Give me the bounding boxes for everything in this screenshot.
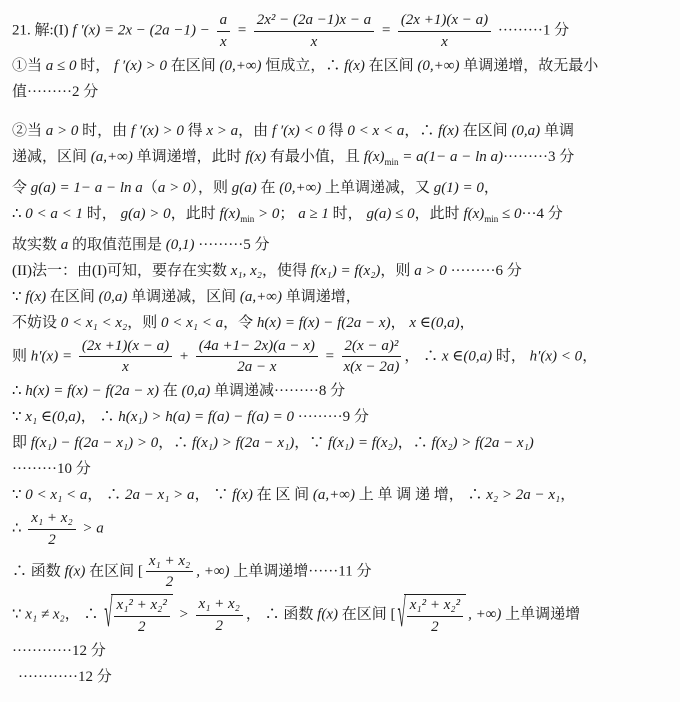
- solution-line-20: ∵ x₁ ≠ x₂， ∴ √x₁² + x₂²2 > x₁ + x₂2， ∴ 函…: [12, 593, 672, 638]
- subscript-base: f(x): [463, 206, 484, 222]
- text-run: ·········3 分: [503, 149, 574, 165]
- math-run: = a(1− a − ln a): [399, 149, 504, 165]
- math-run: (0,+∞): [417, 58, 459, 74]
- subscript-label: min: [240, 214, 254, 224]
- math-run: h(x) = f(x) − f(2a − x): [257, 315, 391, 331]
- math-run: h′(x) < 0: [530, 348, 583, 364]
- text-run: 时，由: [78, 123, 131, 139]
- math-run: x₁, x₂: [231, 263, 262, 279]
- text-run: ，∴: [158, 435, 192, 451]
- math-run: a > 0: [46, 123, 79, 139]
- text-run: 递减，区间: [12, 149, 91, 165]
- text-run: ），则: [190, 180, 231, 196]
- solution-line-1: 21. 解:(I) f ′(x) = 2x − (2a −1) − ax = 2…: [12, 10, 672, 53]
- math-run: g(a) > 0: [121, 206, 171, 222]
- text-run: 得: [184, 123, 207, 139]
- fraction-numerator: (4a +1− 2x)(a − x): [196, 337, 318, 358]
- math-run: (0,a): [181, 383, 210, 399]
- math-run: a ≥ 1: [298, 206, 329, 222]
- fraction-denominator: x: [217, 32, 231, 52]
- math-run: (0,+∞): [220, 58, 262, 74]
- fraction: ax: [217, 11, 231, 52]
- text-run: 时，: [329, 206, 367, 222]
- radicand: x₁² + x₂²2: [111, 594, 173, 637]
- math-run: =: [377, 23, 395, 39]
- radical-sign-icon: √: [104, 580, 112, 650]
- text-run: (II)法一：由(I)可知，要存在实数: [12, 263, 231, 279]
- text-run: ·········1 分: [494, 23, 569, 39]
- text-run: 在区间 [: [85, 563, 143, 579]
- text-run: 在: [257, 180, 280, 196]
- math-run: g(1) = 0: [434, 180, 484, 196]
- math-run: 0 < x₁ < a: [161, 315, 223, 331]
- math-run: f(x): [245, 149, 266, 165]
- text-run: ，使得: [262, 263, 311, 279]
- math-run: f(x): [438, 123, 459, 139]
- solution-line-9: (II)法一：由(I)可知，要存在实数 x₁, x₂，使得 f(x₁) = f(…: [12, 258, 672, 284]
- text-run: 21. 解:(I): [12, 23, 72, 39]
- text-run: ，: [560, 487, 575, 503]
- text-run: 得: [325, 123, 348, 139]
- fraction-numerator: x₁² + x₂²: [114, 596, 170, 617]
- solution-line-14: ∵ x₁ ∈(0,a)， ∴ h(x₁) > h(a) = f(a) − f(a…: [12, 404, 672, 430]
- text-run: ，此时: [415, 206, 464, 222]
- text-run: ∴: [12, 521, 25, 537]
- text-run: ·········6 分: [447, 263, 522, 279]
- fraction: 2(x − a)²x(x − 2a): [342, 337, 402, 378]
- fraction-numerator: x₁ + x₂: [28, 509, 75, 530]
- fraction-denominator: x(x − 2a): [342, 357, 402, 377]
- text-run: 的取值范围是: [68, 237, 166, 253]
- text-run: ，∴: [398, 435, 432, 451]
- text-run: ∵: [12, 607, 25, 623]
- math-run: 0 < a < 1: [25, 206, 83, 222]
- text-run: ， ∴: [65, 607, 103, 623]
- math-run: (0,1): [166, 237, 195, 253]
- text-run: ∵: [12, 409, 25, 425]
- text-run: 时，: [492, 348, 530, 364]
- text-run: ，令: [223, 315, 257, 331]
- fraction: x₁² + x₂²2: [407, 596, 463, 637]
- text-run: ， ∵: [195, 487, 233, 503]
- math-run: g(a) ≤ 0: [366, 206, 414, 222]
- solution-line-18: ∴ x₁ + x₂2 > a: [12, 508, 672, 551]
- math-run: f(x₁) = f(x₂): [328, 435, 398, 451]
- solution-line-17: ∵ 0 < x₁ < a， ∴ 2a − x₁ > a， ∵ f(x) 在 区 …: [12, 482, 672, 508]
- text-run: 恒成立，∴: [262, 58, 345, 74]
- fraction-denominator: 2: [28, 530, 75, 550]
- math-run: > 0: [254, 206, 279, 222]
- text-run: 即: [12, 435, 31, 451]
- math-run: h(x) = f(x) − f(2a − x): [25, 383, 159, 399]
- text-run: 单调递增，故无最小: [459, 58, 598, 74]
- text-run: ，此时: [171, 206, 220, 222]
- text-run: ；: [279, 206, 298, 222]
- sqrt-expression: √x₁² + x₂²2: [104, 594, 173, 637]
- subscript-expression: f(x)min: [219, 206, 254, 222]
- text-run: ∴: [12, 206, 25, 222]
- text-run: ·········9 分: [294, 409, 369, 425]
- math-run: g(a) = 1− a − ln a: [31, 180, 143, 196]
- text-run: 故实数: [12, 237, 61, 253]
- text-run: ，∵: [294, 435, 328, 451]
- text-run: ·········10 分: [12, 461, 91, 477]
- math-run: x ∈(0,a): [442, 348, 492, 364]
- solution-line-12: 则 h′(x) = (2x +1)(x − a)x + (4a +1− 2x)(…: [12, 336, 672, 379]
- math-run: 0 < x₁ < x₂: [61, 315, 128, 331]
- math-run: a ≤ 0: [46, 58, 77, 74]
- fraction-numerator: 2(x − a)²: [342, 337, 402, 358]
- math-run: f(x₂) > f(2a − x₁): [432, 435, 534, 451]
- solution-line-22: ············12 分: [12, 664, 672, 690]
- math-run: (a,+∞): [240, 289, 282, 305]
- fraction-denominator: x: [79, 357, 172, 377]
- math-run: f(x₁) − f(2a − x₁) > 0: [31, 435, 158, 451]
- text-run: ，: [460, 315, 475, 331]
- text-run: ············12 分: [12, 643, 106, 659]
- solution-line-8: 故实数 a 的取值范围是 (0,1) ·········5 分: [12, 232, 672, 258]
- math-run: f ′(x) < 0: [272, 123, 325, 139]
- text-run: ，: [391, 315, 410, 331]
- text-run: ···4 分: [522, 206, 563, 222]
- text-run: 单调递减，区间: [127, 289, 240, 305]
- math-run: x₁ ∈(0,a): [25, 409, 80, 425]
- fraction-denominator: 2: [114, 617, 170, 637]
- text-run: 在区间: [46, 289, 99, 305]
- subscript-expression: f(x)min: [364, 149, 399, 165]
- text-run: 单调递增，: [282, 289, 361, 305]
- math-run: ≤ 0: [498, 206, 521, 222]
- text-run: ，则: [127, 315, 161, 331]
- solution-line-3: 值·········2 分: [12, 79, 672, 105]
- text-run: ，则: [380, 263, 414, 279]
- text-run: 不妨设: [12, 315, 61, 331]
- fraction-numerator: (2x +1)(x − a): [79, 337, 172, 358]
- subscript-base: f(x): [364, 149, 385, 165]
- math-run: h′(x) =: [31, 348, 76, 364]
- math-run: =: [233, 23, 251, 39]
- text-run: ·········5 分: [195, 237, 270, 253]
- math-run: f(x): [25, 289, 46, 305]
- solution-line-10: ∵ f(x) 在区间 (0,a) 单调递减，区间 (a,+∞) 单调递增，: [12, 284, 672, 310]
- math-run: x₂ > 2a − x₁: [486, 487, 560, 503]
- subscript-base: f(x): [219, 206, 240, 222]
- text-run: ············12 分: [18, 669, 112, 685]
- math-run: g(a): [232, 180, 257, 196]
- text-run: 在区间 [: [338, 607, 396, 623]
- math-run: (a,+∞): [313, 487, 355, 503]
- text-run: 有最小值，且: [266, 149, 364, 165]
- solution-line-15: 即 f(x₁) − f(2a − x₁) > 0，∴ f(x₁) > f(2a …: [12, 430, 672, 456]
- text-run: ， ∴: [404, 348, 442, 364]
- text-run: 上单调递增: [501, 607, 580, 623]
- fraction: x₁ + x₂2: [28, 509, 75, 550]
- text-run: 单调递减·········8 分: [210, 383, 345, 399]
- math-run: (a,+∞): [91, 149, 133, 165]
- text-run: 在区间: [167, 58, 220, 74]
- sqrt-expression: √x₁² + x₂²2: [398, 594, 467, 637]
- math-run: x ∈(0,a): [409, 315, 459, 331]
- math-run: x > a: [206, 123, 238, 139]
- text-run: ∴: [12, 383, 25, 399]
- fraction-denominator: x: [398, 32, 491, 52]
- solution-line-5: 递减，区间 (a,+∞) 单调递增，此时 f(x) 有最小值，且 f(x)min…: [12, 144, 672, 175]
- text-run: ∵: [12, 289, 25, 305]
- math-run: +: [175, 348, 193, 364]
- solution-line-6: 令 g(a) = 1− a − ln a（a > 0），则 g(a) 在 (0,…: [12, 175, 672, 201]
- text-run: 单调递增，此时: [133, 149, 246, 165]
- math-run: f(x): [344, 58, 365, 74]
- math-run: > a: [79, 521, 104, 537]
- text-run: ∵: [12, 487, 25, 503]
- fraction-numerator: 2x² − (2a −1)x − a: [254, 11, 374, 32]
- fraction: x₁² + x₂²2: [114, 596, 170, 637]
- fraction-numerator: x₁ + x₂: [146, 552, 193, 573]
- math-run: h(x₁) > h(a) = f(a) − f(a) = 0: [118, 409, 294, 425]
- text-run: ，: [484, 180, 499, 196]
- text-run: 值·········2 分: [12, 84, 98, 100]
- text-run: 则: [12, 348, 31, 364]
- text-run: 上单调递增······11 分: [230, 563, 372, 579]
- math-run: f ′(x) > 0: [131, 123, 184, 139]
- subscript-expression: f(x)min: [463, 206, 498, 222]
- math-run: f(x): [232, 487, 253, 503]
- math-run: a > 0: [158, 180, 191, 196]
- text-run: ， ∴ 函数: [246, 607, 317, 623]
- math-solution-document: 21. 解:(I) f ′(x) = 2x − (2a −1) − ax = 2…: [0, 0, 680, 702]
- math-run: x₁ ≠ x₂: [25, 607, 64, 623]
- text-run: 在: [159, 383, 182, 399]
- math-run: f(x): [317, 607, 338, 623]
- text-run: ，: [582, 348, 597, 364]
- math-run: , +∞): [196, 563, 229, 579]
- subscript-label: min: [385, 157, 399, 167]
- math-run: a > 0: [414, 263, 447, 279]
- solution-line-13: ∴ h(x) = f(x) − f(2a − x) 在 (0,a) 单调递减··…: [12, 378, 672, 404]
- math-run: f ′(x) = 2x − (2a −1) −: [72, 23, 213, 39]
- text-run: 在 区 间: [253, 487, 313, 503]
- fraction: (4a +1− 2x)(a − x)2a − x: [196, 337, 318, 378]
- text-run: 上 单 调 递 增， ∴: [355, 487, 486, 503]
- fraction-denominator: 2: [196, 616, 243, 636]
- fraction-numerator: x₁² + x₂²: [407, 596, 463, 617]
- radical-sign-icon: √: [398, 580, 406, 650]
- fraction-numerator: a: [217, 11, 231, 32]
- text-run: （: [143, 180, 158, 196]
- text-run: 时，: [77, 58, 115, 74]
- solution-line-11: 不妨设 0 < x₁ < x₂，则 0 < x₁ < a，令 h(x) = f(…: [12, 310, 672, 336]
- fraction: (2x +1)(x − a)x: [398, 11, 491, 52]
- fraction-denominator: 2: [407, 617, 463, 637]
- text-run: ， ∴: [81, 409, 119, 425]
- fraction-denominator: x: [254, 32, 374, 52]
- math-run: 0 < x₁ < a: [25, 487, 87, 503]
- math-run: , +∞): [468, 607, 501, 623]
- math-run: =: [321, 348, 339, 364]
- fraction-numerator: (2x +1)(x − a): [398, 11, 491, 32]
- math-run: f(x₁) = f(x₂): [311, 263, 381, 279]
- fraction-numerator: x₁ + x₂: [196, 595, 243, 616]
- solution-line-7: ∴ 0 < a < 1 时， g(a) > 0，此时 f(x)min > 0； …: [12, 201, 672, 232]
- math-run: (0,a): [99, 289, 128, 305]
- fraction: x₁ + x₂2: [146, 552, 193, 593]
- text-run: ，由: [238, 123, 272, 139]
- text-run: 令: [12, 180, 31, 196]
- text-run: 上单调递减，又: [321, 180, 434, 196]
- fraction: 2x² − (2a −1)x − ax: [254, 11, 374, 52]
- math-run: >: [175, 607, 193, 623]
- fraction: x₁ + x₂2: [196, 595, 243, 636]
- solution-line-2: ①当 a ≤ 0 时， f ′(x) > 0 在区间 (0,+∞) 恒成立，∴ …: [12, 53, 672, 79]
- subscript-label: min: [484, 214, 498, 224]
- fraction: (2x +1)(x − a)x: [79, 337, 172, 378]
- math-run: f ′(x) > 0: [114, 58, 167, 74]
- solution-line-16: ·········10 分: [12, 456, 672, 482]
- radicand: x₁² + x₂²2: [404, 594, 466, 637]
- math-run: (0,+∞): [279, 180, 321, 196]
- solution-body: 21. 解:(I) f ′(x) = 2x − (2a −1) − ax = 2…: [12, 10, 672, 690]
- text-run: ②当: [12, 123, 46, 139]
- math-run: (0,a): [511, 123, 540, 139]
- text-run: ∴ 函数: [12, 563, 65, 579]
- math-run: 2a − x₁ > a: [125, 487, 195, 503]
- math-run: 0 < x < a: [347, 123, 404, 139]
- solution-line-4: ②当 a > 0 时，由 f ′(x) > 0 得 x > a，由 f ′(x)…: [12, 118, 672, 144]
- text-run: ，∴: [404, 123, 438, 139]
- text-run: ①当: [12, 58, 46, 74]
- math-run: f(x₁) > f(2a − x₁): [192, 435, 294, 451]
- text-run: 单调: [540, 123, 574, 139]
- text-run: 在区间: [365, 58, 418, 74]
- fraction-denominator: 2a − x: [196, 357, 318, 377]
- text-run: 在区间: [459, 123, 512, 139]
- text-run: 时，: [83, 206, 121, 222]
- fraction-denominator: 2: [146, 572, 193, 592]
- text-run: ， ∴: [87, 487, 125, 503]
- math-run: f(x): [65, 563, 86, 579]
